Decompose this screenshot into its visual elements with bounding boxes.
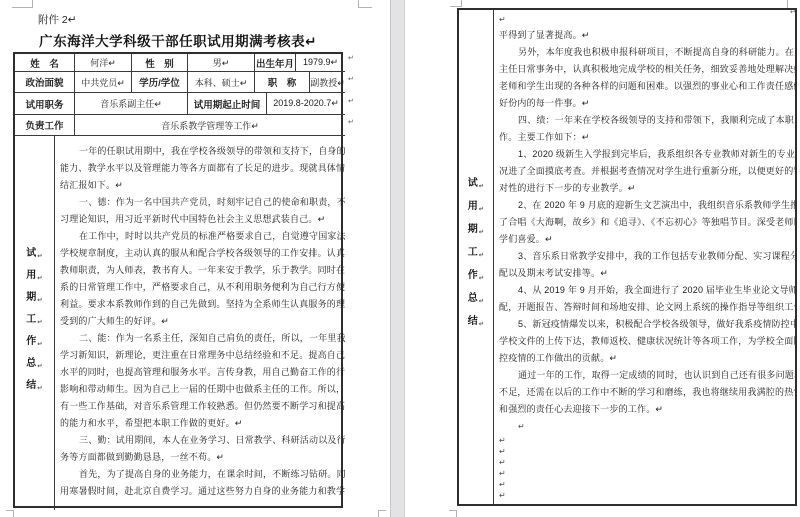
text-line: 四、绩：一年来在学校各级领导的支持和带领下，我顺利完成了本职工: [499, 112, 795, 129]
text-line: 学们喜爱。↵: [499, 231, 795, 248]
paragraph-mark: ↵: [479, 202, 484, 218]
duty-label-cell: 负责工作: [15, 115, 75, 136]
table-row-end-mark: ↵: [348, 75, 354, 83]
summary-label-char: 用↵: [26, 268, 42, 284]
paragraph-mark: ↵: [479, 225, 484, 241]
summary-label-char: 作↵: [26, 334, 42, 350]
text-line: 的能力和水平，希望把本职工作做的更好。↵: [60, 415, 345, 432]
paragraph-mark: ↵: [479, 271, 484, 287]
text-line: 用寒暑假时间，赴北京自费学习。通过这些努力自身的业务能力和教学水: [60, 483, 345, 500]
paragraph-mark: ↵: [499, 468, 795, 479]
paragraph-mark: ↵: [37, 293, 42, 309]
text-line: 作。主要工作如下：↵: [499, 129, 795, 146]
text-line: 和强烈的责任心去迎接下一步的工作。↵: [499, 401, 795, 418]
paragraph-mark: ↵: [479, 248, 484, 264]
paragraph-mark: ↵: [37, 359, 42, 375]
text-line: 对性的进行下一步的专业教学。↵: [499, 180, 795, 197]
text-line: 通过一年的工作，取得一定成绩的同时，也认识到自己还有很多问题和: [499, 367, 795, 384]
summary-label-char: 作↵: [468, 268, 484, 284]
education-value-cell: 本科、硕士↵: [188, 72, 255, 93]
summary-label-char: 工↵: [468, 245, 484, 261]
summary-label-char: 总↵: [26, 356, 42, 372]
table-row-end-mark: ↵: [348, 97, 354, 105]
summary-label-char: 试↵: [26, 246, 42, 262]
name-label-cell: 姓 名: [15, 54, 75, 72]
text-line: 受到的广大师生的好评。↵: [60, 313, 345, 330]
text-line: 学习新知识，新理论，更注重在日常理务中总结经验和不足。提高自己业务: [60, 347, 345, 364]
birth-value-cell: 1979.9↵: [296, 54, 345, 72]
text-line: 三、勤：试用期间，本人在业务学习、日常教学、科研活动以及行政事: [60, 432, 345, 449]
text-line: 影响和带动师生。因为自己上一届的任期中也做系主任的工作。所以，本身: [60, 381, 345, 398]
text-line: 况进了全面摸底考查。并根据考查情况对学生进行重新分班，以便更好的针: [499, 163, 795, 180]
text-line: 了合唱《大海啊，故乡》和《追寻》、《不忘初心》等独唱节目。深受老师同: [499, 214, 795, 231]
table-row-end-mark: ↵: [790, 8, 796, 16]
paragraph-mark: ↵: [499, 501, 795, 504]
text-line: 控疫情的工作做出的贡献。↵: [499, 350, 795, 367]
summary-text-page2: ↵平得到了显著提高。↵另外，本年度我也积极申报科研项目，不断提高自身的科研能力。…: [494, 10, 795, 504]
document-page-2: 试↵用↵期↵工↵作↵总↵结↵ ↵平得到了显著提高。↵另外，本年度我也积极申报科研…: [405, 0, 800, 517]
paragraph-mark: ↵: [499, 490, 795, 501]
summary-text-page1: 一年的任职试用期中，我在学校各级领导的带领和支持下，自身的业务能力、教学水平以及…: [55, 136, 345, 510]
text-line: 另外，本年度我也积极申报科研项目，不断提高自身的科研能力。在系: [499, 44, 795, 61]
text-line: 水平的同时，也提高管理和服务水平。言传身教，用自己勤奋工作的行动去: [60, 364, 345, 381]
text-line: 教师职责，为人师表，教书育人。一年来安于教学，乐于教学。同时在音乐: [60, 262, 345, 279]
text-line: 二、能：作为一名系主任，深知自己肩负的责任，所以，一年里我注重: [60, 330, 345, 347]
text-boundary-mark: [12, 0, 33, 8]
text-line: 好份内的每一件事。↵: [499, 95, 795, 112]
political-label-cell: 政治面貌: [15, 72, 75, 93]
prof-title-label-cell: 职 称: [255, 72, 310, 93]
probation-post-label-cell: 试用职务: [15, 93, 75, 115]
text-line: 学校规章制度，主动认真的服从和配合学校各级领导的工作安排。认真履行: [60, 245, 345, 262]
text-line: 有一些工作基础，对音乐系管理工作较熟悉。但仍然要不断学习和提高自身: [60, 398, 345, 415]
probation-post-value-cell: 音乐系副主任↵: [75, 93, 188, 115]
text-line: 配，开题报告、答辩时间和场地安排、论文网上系统的操作指导等组织工作。↵: [499, 299, 795, 316]
paragraph-mark: ↵: [37, 315, 42, 331]
text-boundary-mark: [358, 0, 372, 8]
page-title: 广东海洋大学科级干部任职试用期满考核表↵: [13, 30, 343, 50]
paragraph-mark: ↵: [37, 249, 42, 265]
assessment-form-table: 姓 名 何洋↵ 性 别 男↵ 出生年月 1979.9↵ 政治面貌 中共党员↵ 学…: [13, 52, 343, 508]
text-line: 平得到了显著提高。↵: [499, 27, 795, 44]
summary-label-char: 用↵: [468, 199, 484, 215]
text-line: 不足，还需在以后的工作中不断的学习和磨练，我也将继续用我满腔的热情: [499, 384, 795, 401]
text-line: 配以及期末考试安排等。↵: [499, 265, 795, 282]
text-line: 习理论知识，用习近平新时代中国特色社会主义思想武装自己。↵: [60, 211, 345, 228]
education-label-cell: 学历/学位: [132, 72, 188, 93]
text-line: 一、德：作为一名中国共产党员，时刻牢记自己的使命和职责，不断学: [60, 194, 345, 211]
text-boundary-mark: [6, 510, 14, 517]
summary-label-char: 期↵: [26, 290, 42, 306]
summary-label-char: 结↵: [26, 378, 42, 394]
paragraph-mark: ↵: [479, 317, 484, 333]
table-row-end-mark: ↵: [348, 54, 354, 62]
word-document-two-page-view: { "document": { "pilcrow": "↵", "attachm…: [0, 0, 800, 517]
summary-section-vertical-label: 试↵用↵期↵工↵作↵总↵结↵: [459, 10, 494, 504]
probation-period-value-cell: 2019.8-2020.7↵: [267, 93, 345, 115]
birth-label-cell: 出生年月: [255, 54, 296, 72]
paragraph-mark: ↵: [499, 479, 795, 490]
text-line: 一年的任职试用期中，我在学校各级领导的带领和支持下，自身的业务: [60, 143, 345, 160]
attachment-label: 附件 2↵: [38, 12, 77, 27]
assessment-form-table-continued: 试↵用↵期↵工↵作↵总↵结↵ ↵平得到了显著提高。↵另外，本年度我也积极申报科研…: [457, 8, 797, 506]
paragraph-mark: ↵: [37, 337, 42, 353]
summary-label-char: 期↵: [468, 222, 484, 238]
summary-label-char: 结↵: [468, 314, 484, 330]
text-line: 能力、教学水平以及管理能力等各方面都有了长足的进步。现就具体情况总: [60, 160, 345, 177]
name-value-cell: 何洋↵: [75, 54, 132, 72]
document-page-1: 附件 2↵ 广东海洋大学科级干部任职试用期满考核表↵ 姓 名 何洋↵ 性 别 男…: [0, 0, 390, 517]
text-line: 结汇报如下。↵: [60, 177, 345, 194]
paragraph-mark: ↵: [499, 12, 795, 27]
text-line: 3、音乐系日常教学安排中，我的工作包括专业教师分配、实习课程分: [499, 248, 795, 265]
paragraph-mark: ↵: [499, 446, 795, 457]
text-line: 老师和学生出现的各种各样的问题和困难。以强烈的事业心和工作责任感做: [499, 78, 795, 95]
text-line: 系的日常管理工作中，严格要求自己，从不利用职务便利为自己行方便、谋: [60, 279, 345, 296]
probation-period-label-cell: 试用期起止时间: [188, 93, 267, 115]
text-line: 利益。要求本系教师作到的自己先做到。坚持为全系师生认真服务的理念，: [60, 296, 345, 313]
paragraph-mark: ↵: [499, 418, 795, 435]
political-value-cell: 中共党员↵: [75, 72, 132, 93]
paragraph-mark: ↵: [479, 294, 484, 310]
page-gap: [390, 0, 405, 517]
paragraph-mark: ↵: [479, 179, 484, 195]
text-line: 主任日常事务中，认真积极地完成学校的相关任务，细致妥善地处理解决好: [499, 61, 795, 78]
summary-label-char: 工↵: [26, 312, 42, 328]
gender-value-cell: 男↵: [188, 54, 255, 72]
text-line: 学校文件的上传下达，教师返校、健康状况统计等各项工作，为学校全面防: [499, 333, 795, 350]
text-boundary-mark: [449, 510, 457, 517]
summary-section-vertical-label: 试↵用↵期↵工↵作↵总↵结↵: [15, 136, 55, 510]
text-line: 务等方面都做到勤勤恳恳，一丝不苟。↵: [60, 449, 345, 466]
table-row-end-mark: ↵: [348, 118, 354, 126]
summary-label-char: 试↵: [468, 176, 484, 192]
duty-value-cell: 音乐系教学管理等工作↵: [75, 115, 345, 136]
text-line: 1、2020 级新生入学报到完毕后，我系组织各专业教师对新生的专业情: [499, 146, 795, 163]
text-line: 5、新冠疫情爆发以来，积极配合学校各级领导，做好我系疫情防控中: [499, 316, 795, 333]
text-boundary-mark: [378, 510, 386, 517]
text-line: 首先，为了提高自身的业务能力，在课余时间，不断练习钻研。同时利: [60, 466, 345, 483]
paragraph-mark: ↵: [499, 457, 795, 468]
gender-label-cell: 性 别: [132, 54, 188, 72]
paragraph-mark: ↵: [499, 435, 795, 446]
paragraph-mark: ↵: [37, 381, 42, 397]
summary-label-char: 总↵: [468, 291, 484, 307]
prof-title-value-cell: 副教授↵: [310, 72, 345, 93]
text-line: 2、在 2020 年 9 月底的迎新生文艺演出中，我组织音乐系教师学生推出: [499, 197, 795, 214]
text-line: 4、从 2019 年 9 月开始，我全面进行了 2020 届毕业生毕业论文导师分: [499, 282, 795, 299]
paragraph-mark: ↵: [37, 271, 42, 287]
text-boundary-mark: [450, 0, 462, 7]
text-line: 在工作中，时时以共产党员的标准严格要求自己，自觉遵守国家法律、: [60, 228, 345, 245]
